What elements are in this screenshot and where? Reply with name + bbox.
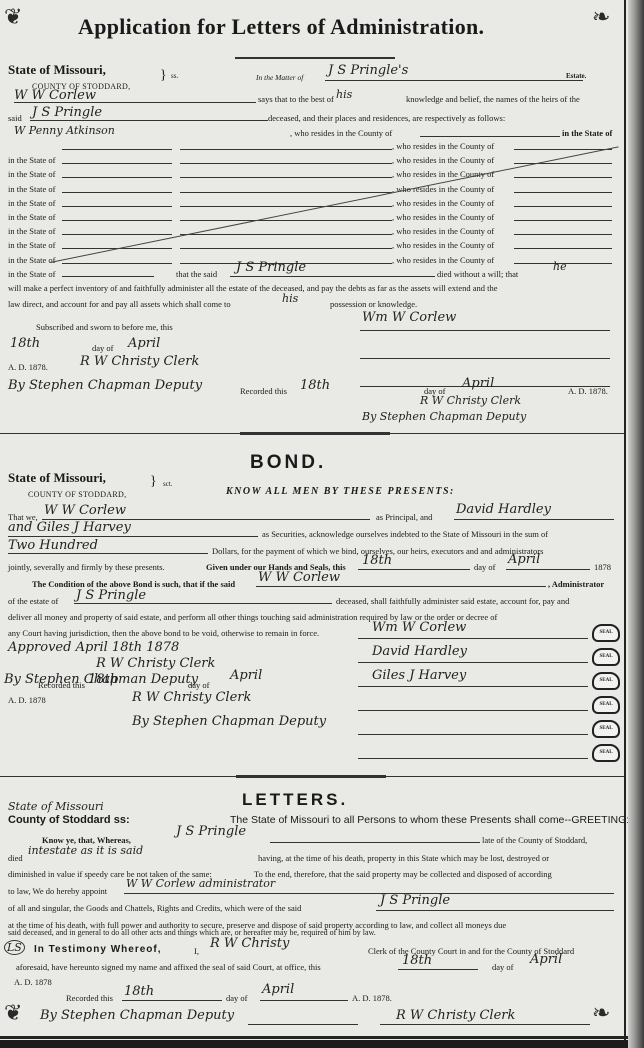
of-estate-label: of the estate of [8,596,58,606]
applicant-field[interactable]: W W Corlew [14,88,96,103]
bond-title: BOND. [250,452,326,474]
court-text: any Court having jurisdiction, then the … [8,628,319,638]
bond-ad-label: A. D. 1878 [8,695,46,705]
in-state-label: in the State of [8,226,55,236]
security-2-field[interactable]: and Giles J Harvey [8,520,131,535]
approved-note[interactable]: Approved April 18th 1878 [8,640,179,655]
letters-deceased-field[interactable]: J S Pringle [176,824,246,839]
heir-state-field[interactable] [62,206,172,207]
died-text: died without a will; that [437,269,518,279]
sct-label: sct. [163,480,173,488]
his2-field[interactable]: his [282,292,298,305]
heir-state-field[interactable] [62,163,172,164]
heir-name-field[interactable] [180,206,392,207]
deputy-signature[interactable]: By Stephen Chapman Deputy [8,378,202,393]
letters-ad: A. D. 1878 [14,977,52,987]
resides-text: , who resides in the County of [392,255,494,265]
of-all-text: of all and singular, the Goods and Chatt… [8,903,301,913]
given-day-field[interactable]: 18th [362,553,392,568]
seal-icon: SEAL [592,720,620,738]
recorded-ad: A. D. 1878. [568,386,608,396]
ad-label: A. D. 1878. [8,362,48,372]
letters-month-field[interactable]: April [530,952,562,967]
resides-text: , who resides in the County of [392,141,494,151]
recorded-day-field[interactable]: 18th [300,378,330,393]
signer-signature[interactable]: Wm W Corlew [372,620,466,635]
said-deceased-text: said deceased, and in general to do all … [8,928,376,937]
administrator-label: , Administrator [548,579,604,589]
late-text: late of the County of Stoddard, [482,835,587,845]
bond-recorded-day-of: day of [188,680,209,690]
corner-ornament-top-right-icon: ❧ [592,4,610,30]
seal-icon: SEAL [592,672,620,690]
heir-name-field[interactable] [180,192,392,193]
page-edge [628,0,644,1048]
heir-county-field[interactable] [514,206,612,207]
bond-recorded-clerk[interactable]: R W Christy Clerk [132,690,251,705]
clerk-signature[interactable]: R W Christy Clerk [80,354,199,369]
in-state-label: in the State of [8,169,55,179]
bond-recorded-day-field[interactable]: 18th [88,672,118,687]
in-state-label: in the State of [8,184,55,194]
letters-deputy-signature[interactable]: By Stephen Chapman Deputy [40,1008,234,1023]
appointee-field[interactable]: W W Corlew administrator [126,877,275,890]
possession-text: possession or knowledge. [330,299,417,309]
condition-name-field[interactable]: W W Corlew [258,570,340,585]
signer-signature[interactable]: David Hardley [372,644,467,659]
knowledge-text: knowledge and belief, the names of the h… [406,94,580,104]
heir-state-field[interactable] [62,220,172,221]
section-divider [240,432,390,435]
letters-recorded-ad: A. D. 1878. [352,993,392,1003]
resides-text: , who resides in the County of [392,155,494,165]
section-divider-2 [236,775,386,778]
testimony-label: In Testimony Whereof, [34,944,162,955]
says-text: says that to the best of [258,94,334,104]
resides-text: , who resides in the County of [392,198,494,208]
ls-seal-mark: LS [4,940,25,955]
as-securities-text: as Securities, acknowledge ourselves ind… [262,529,548,539]
seal-icon: SEAL [592,744,620,762]
heir-name-field[interactable] [180,234,392,235]
letters-recorded-day[interactable]: 18th [124,984,154,999]
recorded-month-field[interactable]: April [462,376,494,391]
know-all-men: KNOW ALL MEN BY THESE PRESENTS: [226,486,455,497]
security-1-field[interactable]: David Hardley [456,502,551,517]
letters-title: LETTERS. [242,790,348,810]
letters-clerk-field[interactable]: R W Christy [210,936,289,951]
brace: } [160,68,167,84]
letters-recorded-month[interactable]: April [262,982,294,997]
heir-county-field[interactable] [514,234,612,235]
given-month-field[interactable]: April [508,552,540,567]
applicant-signature[interactable]: Wm W Corlew [362,310,456,325]
greeting: The State of Missouri to all Persons to … [230,814,629,826]
estate-name-field[interactable]: J S Pringle [76,588,146,603]
heir-state-field[interactable] [62,177,172,178]
letters-day-of: day of [492,962,513,972]
he-field[interactable]: he [553,260,567,273]
resides-text: , who resides in the County of [392,226,494,236]
corner-ornament-top-left-icon: ❦ [4,4,22,30]
recorded-label: Recorded this [240,386,287,396]
as-principal-text: as Principal, and [376,512,432,522]
heir-county-field[interactable] [514,248,612,249]
heir-name-field[interactable] [180,163,392,164]
died-label: died [8,853,23,863]
jointly-text: jointly, severally and firmly by these p… [8,562,165,572]
seal-icon: SEAL [592,624,620,642]
in-matter-label: In the Matter of [256,73,303,82]
seal-icon: SEAL [592,696,620,714]
said-field[interactable]: J S Pringle [32,105,102,120]
in-state-label: in the State of [8,255,55,265]
of-all-name-field[interactable]: J S Pringle [380,893,450,908]
principal-field[interactable]: W W Corlew [44,503,126,518]
bond-recorded-month-field[interactable]: April [230,668,262,683]
bond-recorded-label: Recorded this [38,680,85,690]
subscribed-text: Subscribed and sworn to before me, this [36,322,173,332]
that-said-label: that the said [176,269,217,279]
heir-state-field[interactable] [62,234,172,235]
title-rule [235,57,395,59]
heir-state-field[interactable] [62,149,172,150]
signer-signature[interactable]: Giles J Harvey [372,668,466,683]
heir-name-field[interactable] [180,149,392,150]
recorded-deputy[interactable]: By Stephen Chapman Deputy [362,410,526,423]
in-state-label-last: in the State of [8,269,55,279]
in-state-label: in the State of [8,155,55,165]
recorded-clerk[interactable]: R W Christy Clerk [420,394,521,407]
in-matter-value[interactable]: J S Pringle's [328,63,408,78]
heir-county-field[interactable] [514,220,612,221]
inventory-text: will make a perfect inventory of and fai… [8,283,498,293]
sworn-month-field[interactable]: April [128,336,160,351]
letters-day-field[interactable]: 18th [402,953,432,968]
letters-clerk-signature[interactable]: R W Christy Clerk [396,1008,515,1023]
resides-text: , who resides in the County of [392,212,494,222]
letters-recorded-day-of: day of [226,993,247,1003]
given-year: 1878 [594,562,611,572]
bond-deceased-text: deceased, shall faithfully administer sa… [336,596,569,606]
to-law-text: to law, We do hereby appoint [8,886,107,896]
in-state-label: in the State of [8,240,55,250]
deceased-text: deceased, and their places and residence… [268,113,505,123]
document-page: ❦ ❧ ❦ ❧ Application for Letters of Admin… [0,0,628,1040]
heir-county-field[interactable] [514,192,612,193]
estate-label: Estate. [566,72,586,80]
letters-state-hw[interactable]: State of Missouri [8,800,104,813]
ss-label: ss. [171,72,178,80]
heir-state-field[interactable] [62,263,172,264]
in-the-state-label: in the State of [562,128,612,138]
aforesaid-text: aforesaid, have hereunto signed my name … [16,962,321,972]
to-end-text: To the end, therefore, that the said pro… [254,869,552,879]
heir-1-field[interactable]: W Penny Atkinson [14,124,115,137]
corner-ornament-bottom-left-icon: ❦ [4,1000,22,1026]
in-state-label: in the State of [8,198,55,208]
heir-name-field[interactable] [180,220,392,221]
heir-name-field[interactable] [180,248,392,249]
died-field[interactable]: intestate as it is said [28,844,143,857]
state-label: State of Missouri, [8,62,106,78]
heir-county-field[interactable] [514,177,612,178]
resides-text: , who resides in the County of [290,128,392,138]
his-field[interactable]: his [336,88,352,101]
sworn-day-field[interactable]: 18th [10,336,40,351]
heir-state-field[interactable] [62,192,172,193]
having-text: having, at the time of his death, proper… [258,853,549,863]
heir-name-field[interactable] [180,177,392,178]
corner-ornament-bottom-right-icon: ❧ [592,1000,610,1026]
letters-county: County of Stoddard ss: [8,814,130,826]
day-of-label: day of [92,343,113,353]
resides-text: , who resides in the County of [392,240,494,250]
bond-county-label: COUNTY OF STODDARD, [28,490,126,499]
that-said-field[interactable]: J S Pringle [236,260,306,275]
letters-recorded-label: Recorded this [66,993,113,1003]
i-label: I, [194,946,199,956]
law-text: law direct, and account for and pay all … [8,299,231,309]
approved-clerk[interactable]: R W Christy Clerk [96,656,215,671]
in-state-label: in the State of [8,212,55,222]
said-label: said [8,113,22,123]
bond-recorded-deputy[interactable]: By Stephen Chapman Deputy [132,714,326,729]
given-day-of: day of [474,562,495,572]
seal-icon: SEAL [592,648,620,666]
bond-amount-field[interactable]: Two Hundred [8,538,98,553]
application-title: Application for Letters of Administratio… [78,14,484,40]
bond-state-label: State of Missouri, [8,470,106,486]
